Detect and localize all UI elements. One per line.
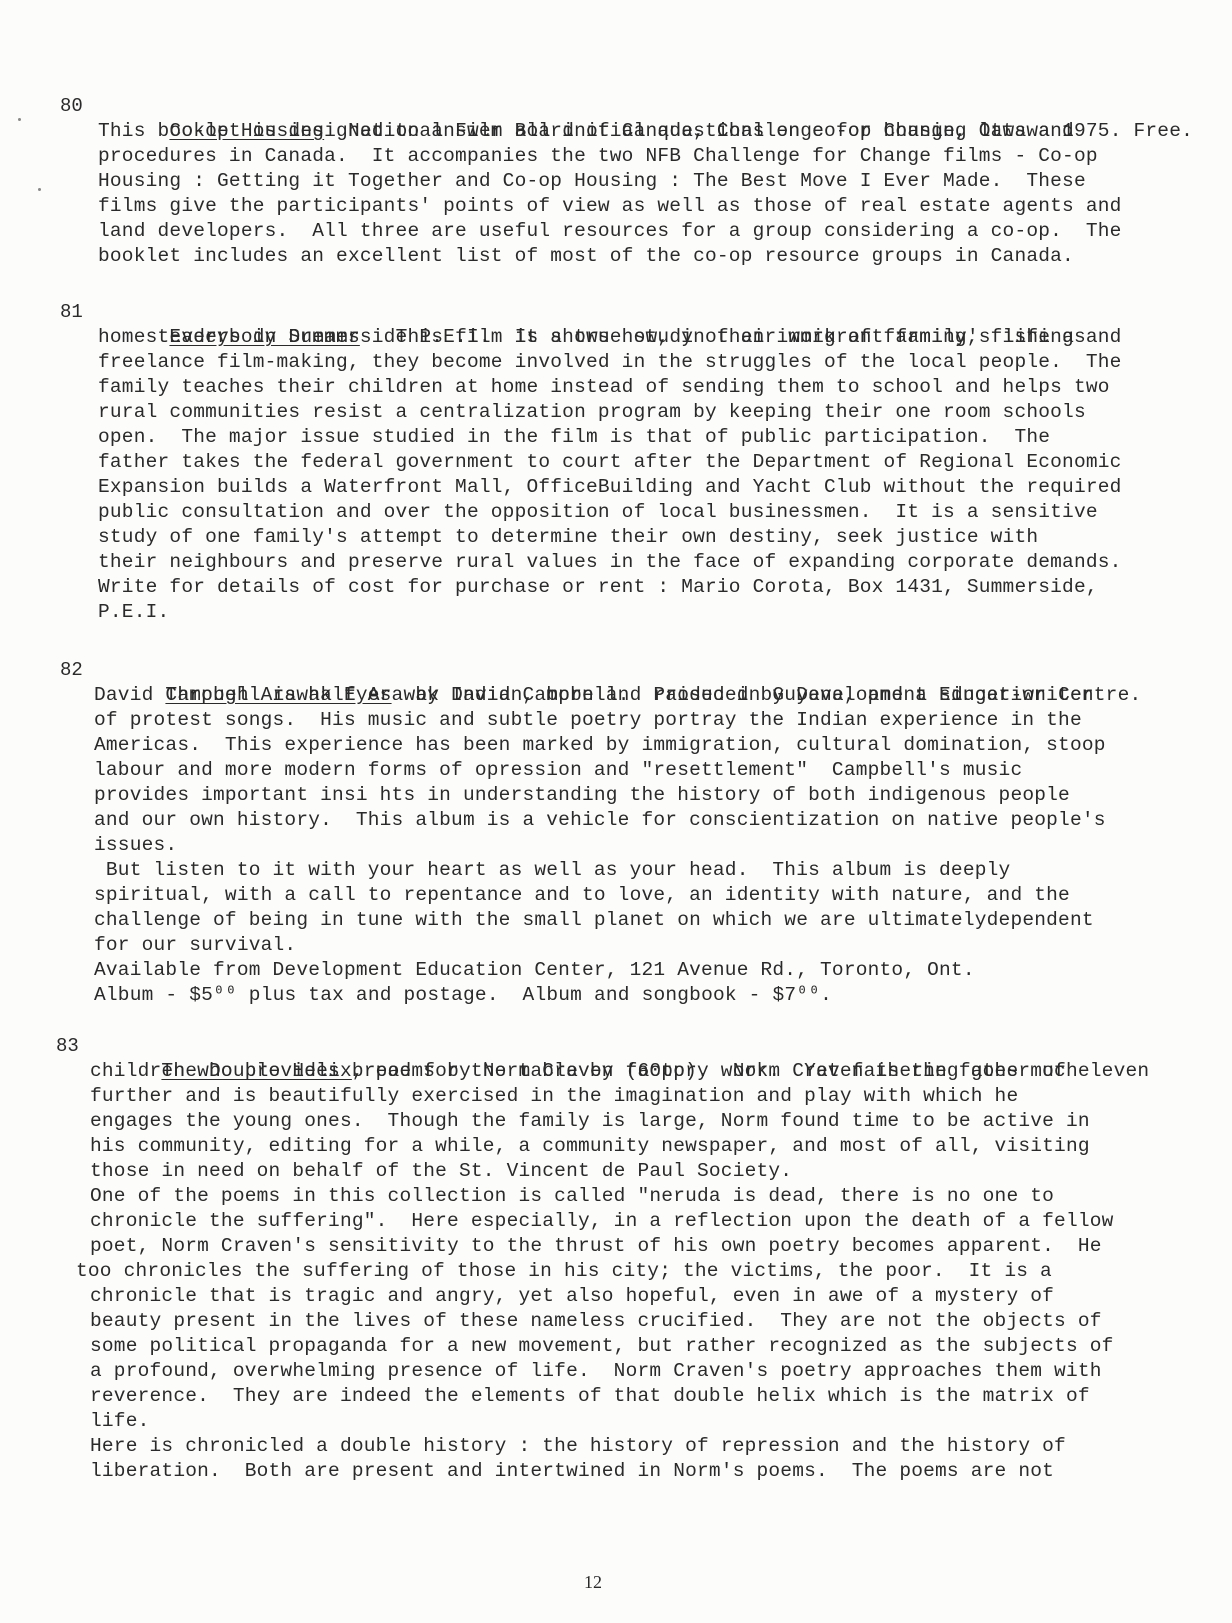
entry-line: provides important insi hts in understan… [94, 783, 1070, 808]
entry-line: challenge of being in tune with the smal… [94, 908, 1094, 933]
entry-line: labour and more modern forms of opressio… [94, 758, 1022, 783]
margin-dot [18, 118, 21, 121]
entry-number: 82 [60, 658, 83, 683]
entry-line: too chronicles the suffering of those in… [76, 1259, 1052, 1284]
document-page: 80 Co-op Housing National Film Board of … [0, 0, 1232, 1623]
entry-line: reverence. They are indeed the elements … [90, 1384, 1090, 1409]
entry-line: homesteaders in Summerside P.E.I. It sho… [98, 325, 1122, 350]
entry-line: land developers. All three are useful re… [98, 219, 1122, 244]
entry-line: life. [90, 1409, 150, 1434]
entry-line: and our own history. This album is a veh… [94, 808, 1106, 833]
entry-number: 83 [56, 1034, 79, 1059]
entry-line: David Campbell is half Arawak Indian, bo… [94, 683, 1094, 708]
entry-line: Available from Development Education Cen… [94, 958, 975, 983]
entry-line: Album - $5⁰⁰ plus tax and postage. Album… [94, 983, 832, 1008]
entry-line: films give the participants' points of v… [98, 194, 1122, 219]
entry-line: those in need on behalf of the St. Vince… [90, 1159, 792, 1184]
entry-line: booklet includes an excellent list of mo… [98, 244, 1074, 269]
entry-line: chronicle the suffering". Here especiall… [90, 1209, 1114, 1234]
entry-line: family teaches their children at home in… [98, 375, 1110, 400]
entry-number: 80 [60, 94, 83, 119]
entry-line: spiritual, with a call to repentance and… [94, 883, 1070, 908]
entry-line: But listen to it with your heart as well… [94, 858, 1010, 883]
entry-line: further and is beautifully exercised in … [90, 1084, 1018, 1109]
entry-line: This booklet is designed to answer all i… [98, 119, 1074, 144]
entry-line: their neighbours and preserve rural valu… [98, 550, 1122, 575]
entry-line: his community, editing for a while, a co… [90, 1134, 1090, 1159]
entry-line: Write for details of cost for purchase o… [98, 575, 1098, 600]
entry-line: Here is chronicled a double history : th… [90, 1434, 1066, 1459]
entry-line: chronicle that is tragic and angry, yet … [90, 1284, 1054, 1309]
entry-line: Expansion builds a Waterfront Mall, Offi… [98, 475, 1122, 500]
entry-line: public consultation and over the opposit… [98, 500, 1098, 525]
entry-line: procedures in Canada. It accompanies the… [98, 144, 1098, 169]
entry-line: beauty present in the lives of these nam… [90, 1309, 1102, 1334]
entry-line: liberation. Both are present and intertw… [90, 1459, 1054, 1484]
entry-line: Housing : Getting it Together and Co-op … [98, 169, 1086, 194]
entry-line: issues. [94, 833, 177, 858]
entry-line: rural communities resist a centralizatio… [98, 400, 1086, 425]
margin-dot [38, 188, 41, 191]
entry-line: One of the poems in this collection is c… [90, 1184, 1054, 1209]
entry-line: P.E.I. [98, 600, 169, 625]
entry-line: open. The major issue studied in the fil… [98, 425, 1050, 450]
entry-line: for our survival. [94, 933, 296, 958]
entry-line: Americas. This experience has been marke… [94, 733, 1106, 758]
entry-line: study of one family's attempt to determi… [98, 525, 1038, 550]
entry-line: engages the young ones. Though the famil… [90, 1109, 1090, 1134]
entry-number: 81 [60, 300, 83, 325]
page-number: 12 [584, 1572, 602, 1593]
entry-line: father takes the federal government to c… [98, 450, 1122, 475]
entry-line: some political propaganda for a new move… [90, 1334, 1114, 1359]
entry-line: of protest songs. His music and subtle p… [94, 708, 1082, 733]
entry-line: poet, Norm Craven's sensitivity to the t… [90, 1234, 1102, 1259]
entry-line: children who provides bread for the tabl… [90, 1059, 1078, 1084]
entry-line: a profound, overwhelming presence of lif… [90, 1359, 1102, 1384]
entry-line: freelance film-making, they become invol… [98, 350, 1122, 375]
